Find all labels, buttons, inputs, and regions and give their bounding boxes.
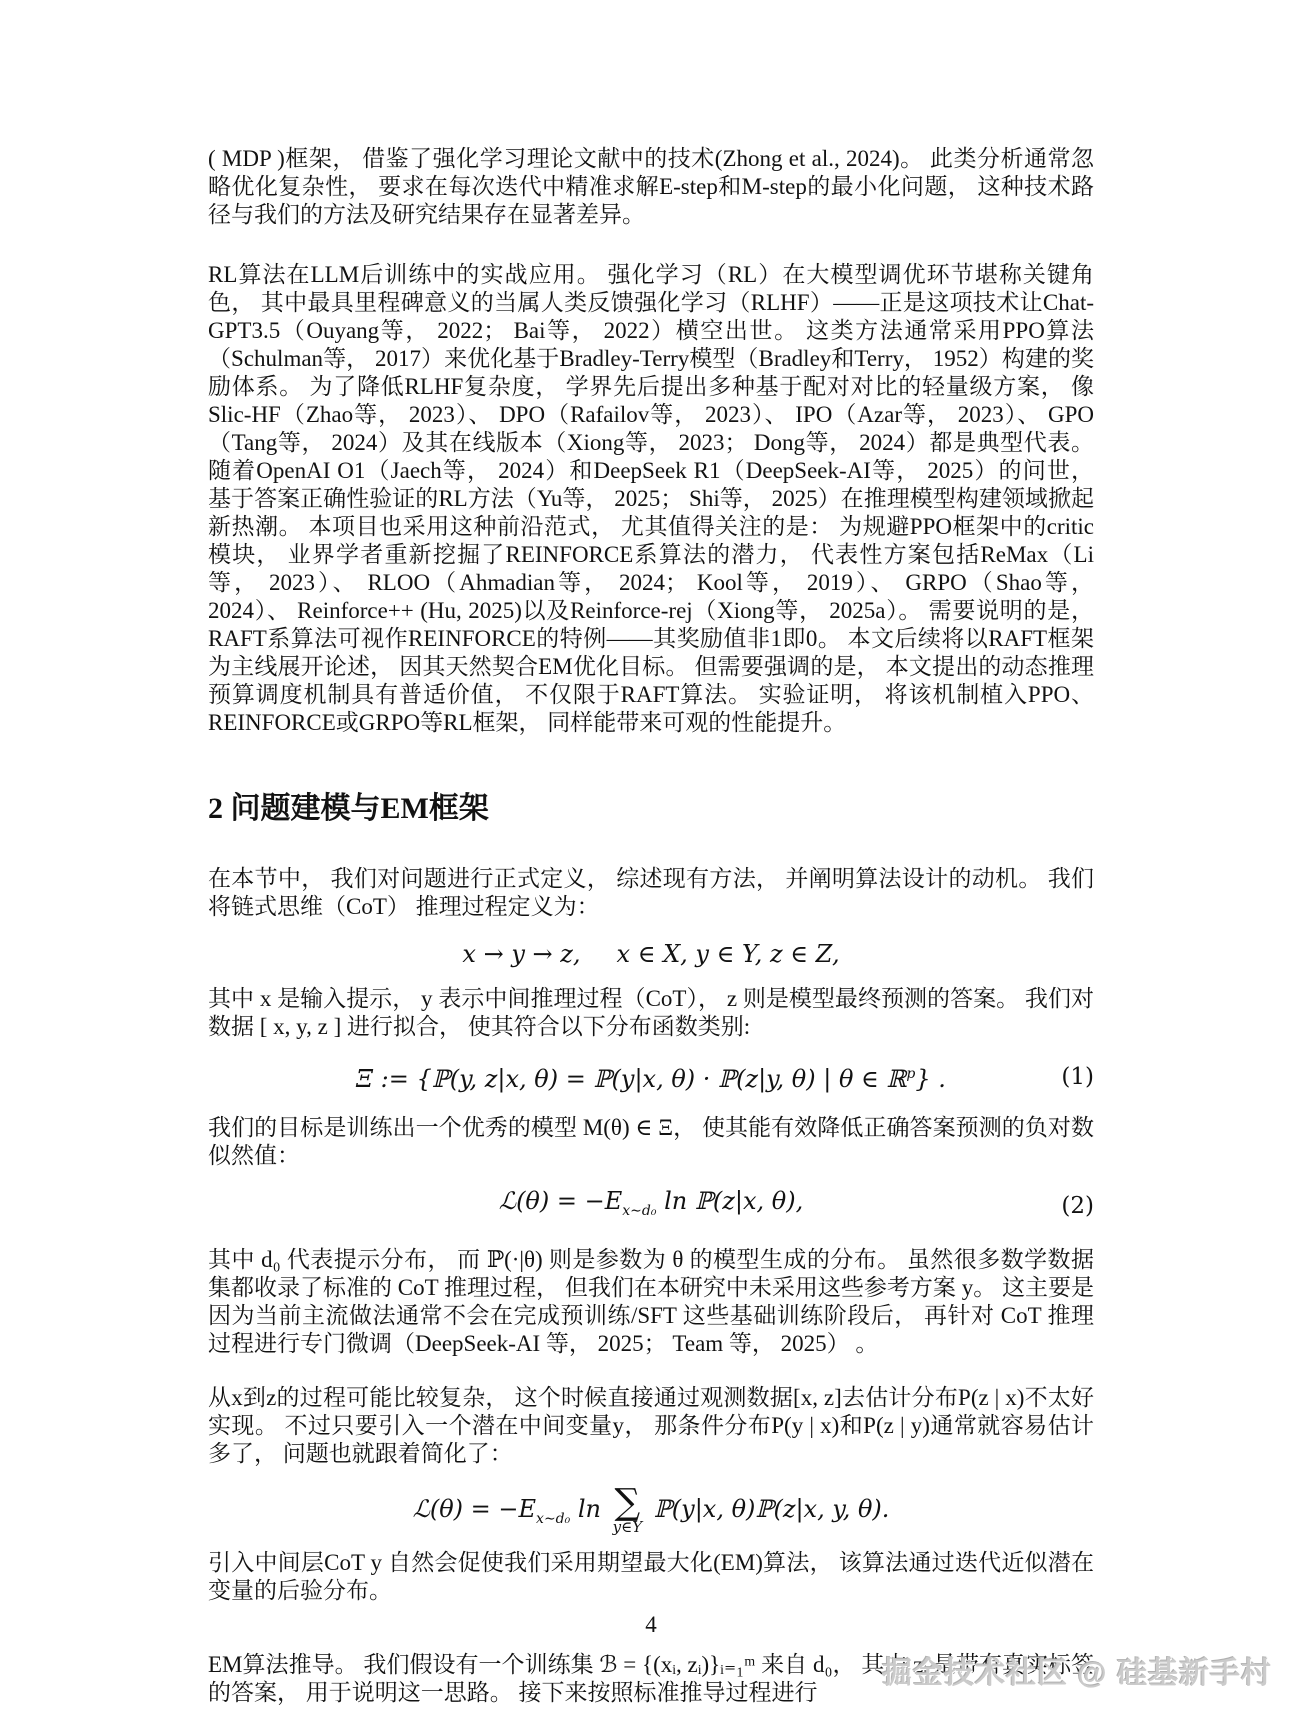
watermark: 掘金技术社区 @ 硅基新手村: [882, 1648, 1272, 1692]
paragraph-section-intro: 在本节中， 我们对问题进行正式定义， 综述现有方法， 并阐明算法设计的动机。 我…: [208, 865, 1094, 921]
equation-number-1: (1): [1061, 1062, 1094, 1092]
body-text: ( MDP )框架， 借鉴了强化学习理论文献中的技术(Zhong et al.,…: [208, 145, 1094, 1707]
paragraph-mdp-framework: ( MDP )框架， 借鉴了强化学习理论文献中的技术(Zhong et al.,…: [208, 145, 1094, 229]
paragraph-objective: 我们的目标是训练出一个优秀的模型 M(θ) ∈ Ξ， 使其能有效降低正确答案预测…: [208, 1114, 1094, 1170]
page-number: 4: [0, 1612, 1302, 1638]
paragraph-rl-posttraining: RL算法在LLM后训练中的实战应用。 强化学习（RL）在大模型调优环节堪称关键角…: [208, 261, 1094, 737]
paragraph-prompt-distribution: 其中 d₀ 代表提示分布， 而 ℙ(·|θ) 则是参数为 θ 的模型生成的分布。…: [208, 1246, 1094, 1358]
equation-number-2: (2): [1061, 1191, 1094, 1221]
paragraph-notation: 其中 x 是输入提示， y 表示中间推理过程（CoT）， z 则是模型最终预测的…: [208, 985, 1094, 1041]
equation-cot-chain: x → y → z, x ∈ X, y ∈ Y, z ∈ Z,: [208, 939, 1094, 969]
equation-body: ℒ(θ) = −Ex∼d₀ ln ℙ(z|x, θ),: [499, 1187, 803, 1215]
paper-page: ( MDP )框架， 借鉴了强化学习理论文献中的技术(Zhong et al.,…: [0, 0, 1302, 1710]
equation-nll: ℒ(θ) = −Ex∼d₀ ln ℙ(z|x, θ), (2): [208, 1186, 1094, 1226]
paragraph-latent-variable: 从x到z的过程可能比较复杂， 这个时候直接通过观测数据[x, z]去估计分布P(…: [208, 1384, 1094, 1468]
section-heading-problem-em: 2 问题建模与EM框架: [208, 793, 1094, 825]
equation-marginal-nll: ℒ(θ) = −Ex∼d₀ ln ∑y∈Y ℙ(y|x, θ)ℙ(z|x, y,…: [208, 1486, 1094, 1535]
paragraph-em-motivation: 引入中间层CoT y 自然会促使我们采用期望最大化(EM)算法， 该算法通过迭代…: [208, 1549, 1094, 1605]
equation-body: Ξ := {ℙ(y, z|x, θ) = ℙ(y|x, θ) · ℙ(z|y, …: [356, 1065, 946, 1093]
equation-distribution-family: Ξ := {ℙ(y, z|x, θ) = ℙ(y|x, θ) · ℙ(z|y, …: [208, 1059, 1094, 1094]
